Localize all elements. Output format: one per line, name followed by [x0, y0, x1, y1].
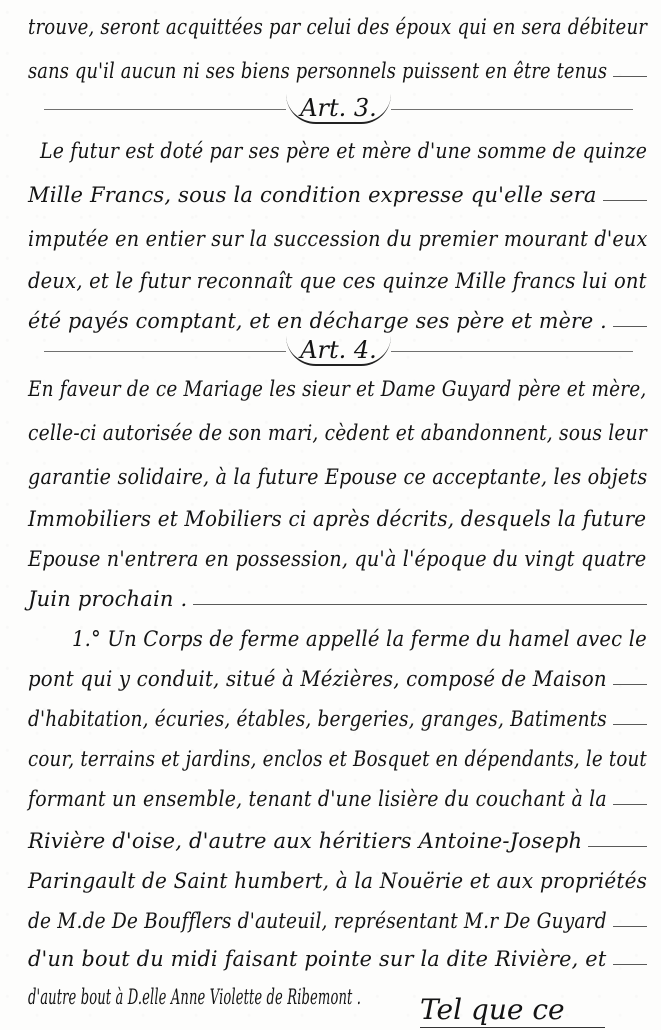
- line-filler-rule: [613, 804, 647, 805]
- text-line: Le futur est doté par ses père et mère d…: [40, 136, 647, 166]
- line-filler-rule: [603, 200, 647, 201]
- line-text: Rivière d'oise, d'autre aux héritiers An…: [28, 826, 582, 856]
- line-text: d'un bout du midi faisant pointe sur la …: [28, 944, 607, 974]
- line-text: Mille Francs, sous la condition expresse…: [28, 180, 597, 210]
- line-text: garantie solidaire, à la future Epouse c…: [28, 462, 647, 492]
- article-3-title: Art. 3.: [286, 94, 391, 124]
- text-line: trouve, seront acquittées par celui des …: [28, 12, 647, 42]
- manuscript-page: trouve, seront acquittées par celui des …: [0, 0, 661, 1030]
- line-text: Paringault de Saint humbert, à la Nouëri…: [28, 866, 647, 896]
- text-line: Rivière d'oise, d'autre aux héritiers An…: [28, 826, 647, 856]
- line-filler-rule: [588, 846, 647, 847]
- text-line: Immobiliers et Mobiliers ci après décrit…: [28, 504, 647, 534]
- text-line: pont qui y conduit, situé à Mézières, co…: [28, 664, 647, 694]
- article-4-title: Art. 4.: [286, 336, 391, 366]
- text-line: En faveur de ce Mariage les sieur et Dam…: [28, 374, 647, 404]
- text-line: Paringault de Saint humbert, à la Nouëri…: [28, 866, 647, 896]
- text-line: d'un bout du midi faisant pointe sur la …: [28, 944, 647, 974]
- text-line: formant un ensemble, tenant d'une lisièr…: [28, 784, 647, 814]
- text-line: d'habitation, écuries, étables, bergerie…: [28, 704, 647, 734]
- line-text: formant un ensemble, tenant d'une lisièr…: [28, 784, 607, 814]
- line-text: Immobiliers et Mobiliers ci après décrit…: [28, 504, 647, 534]
- line-text: cour, terrains et jardins, enclos et Bos…: [28, 744, 647, 774]
- text-line: Mille Francs, sous la condition expresse…: [28, 180, 647, 210]
- text-line: 1.° Un Corps de ferme appellé la ferme d…: [72, 624, 647, 654]
- text-line: été payés comptant, et en décharge ses p…: [28, 306, 647, 336]
- line-text: été payés comptant, et en décharge ses p…: [28, 306, 607, 336]
- text-line: Juin prochain .: [28, 584, 647, 614]
- line-filler-rule: [613, 76, 647, 77]
- line-filler-rule: [613, 684, 647, 685]
- text-line: cour, terrains et jardins, enclos et Bos…: [28, 744, 647, 774]
- line-text: sans qu'il aucun ni ses biens personnels…: [28, 56, 607, 86]
- line-text: Epouse n'entrera en possession, qu'à l'é…: [28, 544, 647, 574]
- heading-rule-right: [391, 109, 633, 110]
- line-filler-rule: [613, 926, 647, 927]
- line-text: Juin prochain .: [28, 584, 187, 614]
- line-text: Le futur est doté par ses père et mère d…: [40, 136, 647, 166]
- text-line: imputée en entier sur la succession du p…: [28, 224, 647, 254]
- closing-text: Tel que ce: [420, 993, 605, 1028]
- heading-rule-left: [44, 109, 286, 110]
- heading-rule-left: [44, 351, 286, 352]
- line-filler-rule: [613, 964, 647, 965]
- heading-rule-right: [391, 351, 633, 352]
- line-text: celle-ci autorisée de son mari, cèdent e…: [28, 418, 647, 448]
- text-line: Epouse n'entrera en possession, qu'à l'é…: [28, 544, 647, 574]
- text-line: deux, et le futur reconnaît que ces quin…: [28, 266, 647, 296]
- line-text: deux, et le futur reconnaît que ces quin…: [28, 266, 647, 296]
- line-text: de M.de De Boufflers d'auteuil, représen…: [28, 906, 607, 936]
- line-filler-rule: [613, 724, 647, 725]
- line-text: trouve, seront acquittées par celui des …: [28, 12, 647, 42]
- line-text: 1.° Un Corps de ferme appellé la ferme d…: [72, 624, 647, 654]
- closing-line: Tel que ce: [44, 992, 633, 1028]
- article-3-heading: Art. 3.: [44, 92, 633, 126]
- article-4-heading: Art. 4.: [44, 334, 633, 368]
- text-line: de M.de De Boufflers d'auteuil, représen…: [28, 906, 647, 936]
- text-line: sans qu'il aucun ni ses biens personnels…: [28, 56, 647, 86]
- line-text: imputée en entier sur la succession du p…: [28, 224, 647, 254]
- line-filler-rule: [193, 604, 647, 605]
- line-text: pont qui y conduit, situé à Mézières, co…: [28, 664, 607, 694]
- line-text: En faveur de ce Mariage les sieur et Dam…: [28, 374, 647, 404]
- text-line: garantie solidaire, à la future Epouse c…: [28, 462, 647, 492]
- line-filler-rule: [613, 326, 647, 327]
- line-text: d'habitation, écuries, étables, bergerie…: [28, 704, 607, 734]
- text-line: celle-ci autorisée de son mari, cèdent e…: [28, 418, 647, 448]
